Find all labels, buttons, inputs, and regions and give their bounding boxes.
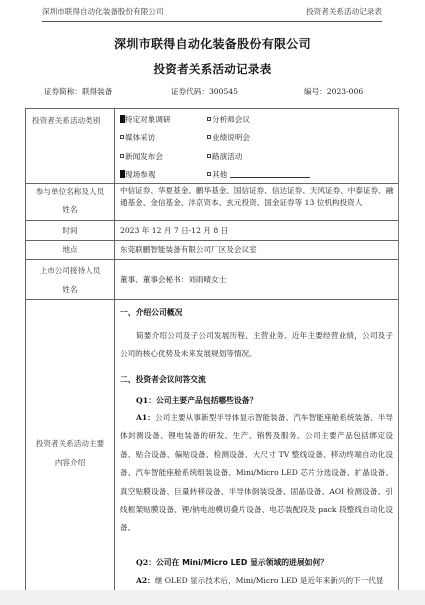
time-label: 时间 (26, 221, 115, 240)
security-short-name: 证券简称：联得装备 (44, 86, 112, 97)
running-header: 深圳市联得自动化装备股份有限公司 投资者关系活动记录表 (42, 6, 382, 22)
option-specific-research[interactable]: 特定对象调研 (120, 114, 171, 125)
option-other[interactable]: 其他 (207, 169, 310, 180)
option-roadshow[interactable]: 路演活动 (207, 151, 242, 162)
document-page: 深圳市联得自动化装备股份有限公司 投资者关系活动记录表 深圳市联得自动化装备股份… (0, 0, 425, 605)
option-analyst-meeting[interactable]: 分析师会议 (207, 114, 250, 125)
header-doc-title: 投资者关系活动记录表 (306, 6, 382, 17)
reception-label: 上市公司接待人员 姓名 (26, 260, 115, 299)
reception-value: 董事、董事会秘书：刘雨晴女士 (115, 260, 398, 299)
answer-2: A2：继 OLED 显示技术后，Mini/Micro LED 是近年来新兴的下一… (120, 572, 393, 590)
activity-type-options: 特定对象调研 分析师会议 媒体采访 业绩说明会 新闻发布会 路演活动 (115, 109, 398, 183)
question-2: Q2：公司在 Mini/Micro LED 显示领域的进展如何？ (136, 557, 328, 568)
table-row-location: 地点 东莞联鹏智能装备有限公司厂区及会议室 (26, 240, 398, 259)
company-title: 深圳市联得自动化装备股份有限公司 (0, 35, 425, 52)
record-table: 投资者关系活动类别 特定对象调研 分析师会议 媒体采访 业绩说明会 新闻发布会 (25, 108, 399, 592)
section-1-heading: 一、介绍公司概况 (120, 307, 182, 318)
content-value: 一、介绍公司概况 简要介绍公司及子公司发展历程、主营业务、近年主要经营业绩，公司… (115, 300, 398, 591)
table-row-time: 时间 2023 年 12 月 7 日-12 月 8 日 (26, 220, 398, 240)
participants-label: 参与单位名称及人员 姓名 (26, 184, 115, 220)
checkbox-empty-icon (207, 117, 211, 121)
table-row-content: 投资者关系活动主要 内容介绍 一、介绍公司概况 简要介绍公司及子公司发展历程、主… (26, 299, 398, 591)
security-code: 证券代码：300545 (171, 86, 238, 97)
question-1: Q1：公司主要产品包括哪些设备？ (136, 395, 257, 406)
document-title: 投资者关系活动记录表 (0, 61, 425, 77)
header-divider (42, 21, 382, 22)
page-gap (0, 590, 425, 605)
checkbox-empty-icon (120, 135, 124, 139)
header-company: 深圳市联得自动化装备股份有限公司 (42, 6, 164, 17)
activity-type-label: 投资者关系活动类别 (26, 109, 115, 183)
option-earnings-call[interactable]: 业绩说明会 (207, 132, 250, 143)
other-blank-line (230, 177, 310, 178)
table-row-participants: 参与单位名称及人员 姓名 中信证券、华夏基金、鹏华基金、国信证券、信达证券、天风… (26, 183, 398, 220)
table-row-reception: 上市公司接待人员 姓名 董事、董事会秘书：刘雨晴女士 (26, 259, 398, 299)
checkbox-empty-icon (207, 135, 211, 139)
checkbox-empty-icon (207, 172, 211, 176)
answer-1: A1：公司主要从事新型半导体显示智能装备、汽车智能座舱系统装备、半导体封测设备、… (120, 409, 393, 538)
checkbox-empty-icon (120, 154, 124, 158)
table-row-activity-type: 投资者关系活动类别 特定对象调研 分析师会议 媒体采访 业绩说明会 新闻发布会 (26, 109, 398, 183)
checkbox-empty-icon (207, 154, 211, 158)
participants-value: 中信证券、华夏基金、鹏华基金、国信证券、信达证券、天风证券、中泰证券、融通基金、… (115, 184, 398, 220)
location-label: 地点 (26, 241, 115, 259)
document-number: 编号：2023-006 (304, 86, 363, 97)
option-site-visit[interactable]: 现场参观 (120, 169, 155, 180)
content-label: 投资者关系活动主要 内容介绍 (26, 300, 115, 591)
location-value: 东莞联鹏智能装备有限公司厂区及会议室 (115, 241, 398, 259)
option-media-interview[interactable]: 媒体采访 (120, 132, 155, 143)
section-2-heading: 二、投资者会议问答交流 (120, 374, 206, 385)
time-value: 2023 年 12 月 7 日-12 月 8 日 (115, 221, 398, 240)
section-1-body: 简要介绍公司及子公司发展历程、主营业务、近年主要经营业绩，公司及子公司的核心优势… (120, 327, 393, 364)
option-press-conference[interactable]: 新闻发布会 (120, 151, 163, 162)
